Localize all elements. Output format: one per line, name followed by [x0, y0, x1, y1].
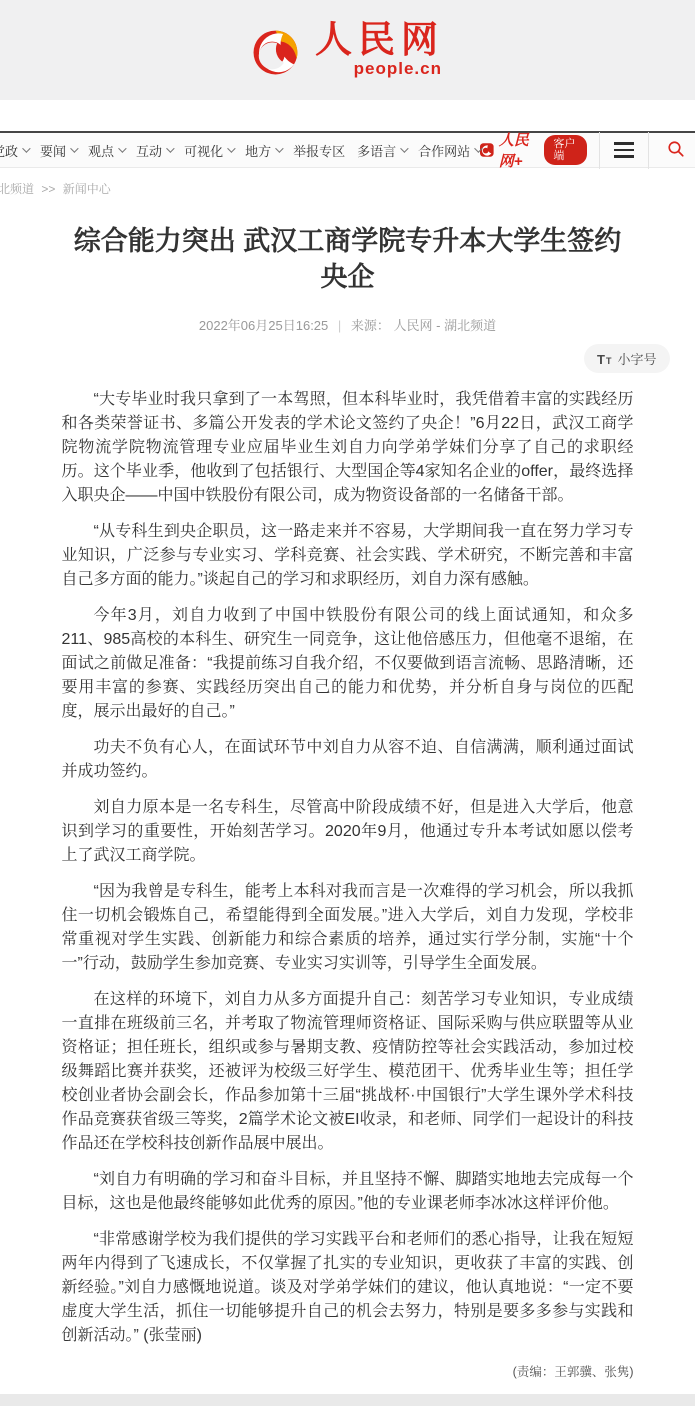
- nav-item-dangzheng[interactable]: 党政: [0, 141, 28, 160]
- article-paragraph: “刘自力有明确的学习和奋斗目标，并且坚持不懈、脚踏实地地去完成每一个目标，这也是…: [62, 1168, 634, 1216]
- chevron-down-icon: [227, 144, 235, 152]
- nav-item-label: 合作网站: [418, 141, 470, 160]
- client-pill: 客户端: [544, 135, 587, 165]
- source-name: 人民网 - 湖北频道: [394, 318, 497, 333]
- article-paragraph: 功夫不负有心人，在面试环节中刘自力从容不迫、自信满满，顺利通过面试并成功签约。: [62, 736, 634, 784]
- chevron-down-icon: [118, 144, 126, 152]
- nav-right-cluster: 人民网+ 客户端: [480, 133, 691, 167]
- chevron-down-icon: [400, 144, 408, 152]
- header-gap: [0, 100, 695, 131]
- article-paragraph: 刘自力原本是一名专科生，尽管高中阶段成绩不好，但是进入大学后，他意识到学习的重要…: [62, 796, 634, 868]
- article-container: 综合能力突出 武汉工商学院专升本大学生签约央企 2022年06月25日16:25…: [62, 223, 634, 1380]
- nav-item-guandian[interactable]: 观点: [88, 141, 124, 160]
- nav-item-duoyuyan[interactable]: 多语言: [357, 141, 406, 160]
- nav-item-label: 要闻: [40, 141, 66, 160]
- nav-item-hezuo[interactable]: 合作网站: [418, 141, 480, 160]
- article-paragraph: “非常感谢学校为我们提供的学习实践平台和老师们的悉心指导，让我在短短两年内得到了…: [62, 1228, 634, 1348]
- font-size-label: 小字号: [617, 349, 656, 368]
- chevron-down-icon: [275, 144, 283, 152]
- logo-cn-text: 人民网: [315, 22, 444, 60]
- people-cn-logo[interactable]: 人民网 people.cn: [251, 22, 444, 78]
- people-logo-swirl-icon: [251, 23, 305, 77]
- nav-item-label: 观点: [88, 141, 114, 160]
- nav-item-difang[interactable]: 地方: [245, 141, 281, 160]
- breadcrumb-section[interactable]: 新闻中心: [63, 182, 111, 196]
- people-app-brand: 人民网+: [499, 129, 540, 171]
- font-size-icon-small: T: [606, 356, 612, 366]
- nav-divider: [599, 132, 600, 169]
- article-tools: T T 小字号: [62, 344, 670, 372]
- main-navbar: 党政 要闻 观点 互动 可视化 地方 举报专区 多语言 合作网站 人民网+ 客户…: [0, 131, 695, 168]
- article-meta: 2022年06月25日16:25 | 来源： 人民网 - 湖北频道: [62, 315, 634, 334]
- menu-hamburger-icon[interactable]: [612, 138, 636, 162]
- nav-item-keshihua[interactable]: 可视化: [184, 141, 233, 160]
- people-app-icon: [480, 141, 494, 159]
- nav-item-label: 互动: [136, 141, 162, 160]
- search-icon: [667, 140, 685, 158]
- nav-item-hudong[interactable]: 互动: [136, 141, 172, 160]
- nav-item-label: 党政: [0, 141, 18, 160]
- font-size-icon: T: [597, 352, 605, 367]
- publish-date: 2022年06月25日16:25: [199, 318, 328, 333]
- source-label: 来源：: [351, 318, 390, 333]
- chevron-down-icon: [70, 144, 78, 152]
- nav-divider: [648, 132, 649, 169]
- editor-attribution: (责编：王郭骥、张隽): [62, 1362, 634, 1380]
- article-paragraph: 在这样的环境下，刘自力从多方面提升自己：刻苦学习专业知识，专业成绩一直排在班级前…: [62, 988, 634, 1156]
- article-paragraph: “从专科生到央企职员，这一路走来并不容易，大学期间我一直在努力学习专业知识，广泛…: [62, 520, 634, 592]
- breadcrumb: 湖北频道 >> 新闻中心: [0, 180, 695, 197]
- logo-en-text: people.cn: [354, 60, 444, 78]
- breadcrumb-separator: >>: [41, 182, 55, 196]
- article-paragraph: “大专毕业时我只拿到了一本驾照，但本科毕业时，我凭借着丰富的实践经历和各类荣誉证…: [62, 388, 634, 508]
- footer-strip: [0, 1394, 695, 1406]
- nav-item-label: 可视化: [184, 141, 223, 160]
- nav-item-label: 多语言: [357, 141, 396, 160]
- chevron-down-icon: [166, 144, 174, 152]
- page-title: 综合能力突出 武汉工商学院专升本大学生签约央企: [62, 223, 634, 295]
- nav-item-yaowen[interactable]: 要闻: [40, 141, 76, 160]
- site-header: 人民网 people.cn: [0, 0, 695, 100]
- logo-text: 人民网 people.cn: [315, 22, 444, 78]
- article-paragraph: “因为我曾是专科生，能考上本科对我而言是一次难得的学习机会，所以我抓住一切机会锻…: [62, 880, 634, 976]
- chevron-down-icon: [22, 144, 30, 152]
- nav-item-label: 地方: [245, 141, 271, 160]
- nav-item-jubao[interactable]: 举报专区: [293, 141, 345, 160]
- article-paragraph: 今年3月，刘自力收到了中国中铁股份有限公司的线上面试通知，和众多211、985高…: [62, 604, 634, 724]
- search-button[interactable]: [661, 138, 691, 163]
- nav-item-label: 举报专区: [293, 141, 345, 160]
- font-size-button[interactable]: T T 小字号: [584, 344, 669, 373]
- people-app-badge[interactable]: 人民网+ 客户端: [480, 129, 587, 171]
- nav-links: 党政 要闻 观点 互动 可视化 地方 举报专区 多语言 合作网站: [0, 141, 480, 160]
- meta-divider: |: [338, 318, 341, 333]
- breadcrumb-channel[interactable]: 湖北频道: [0, 182, 34, 196]
